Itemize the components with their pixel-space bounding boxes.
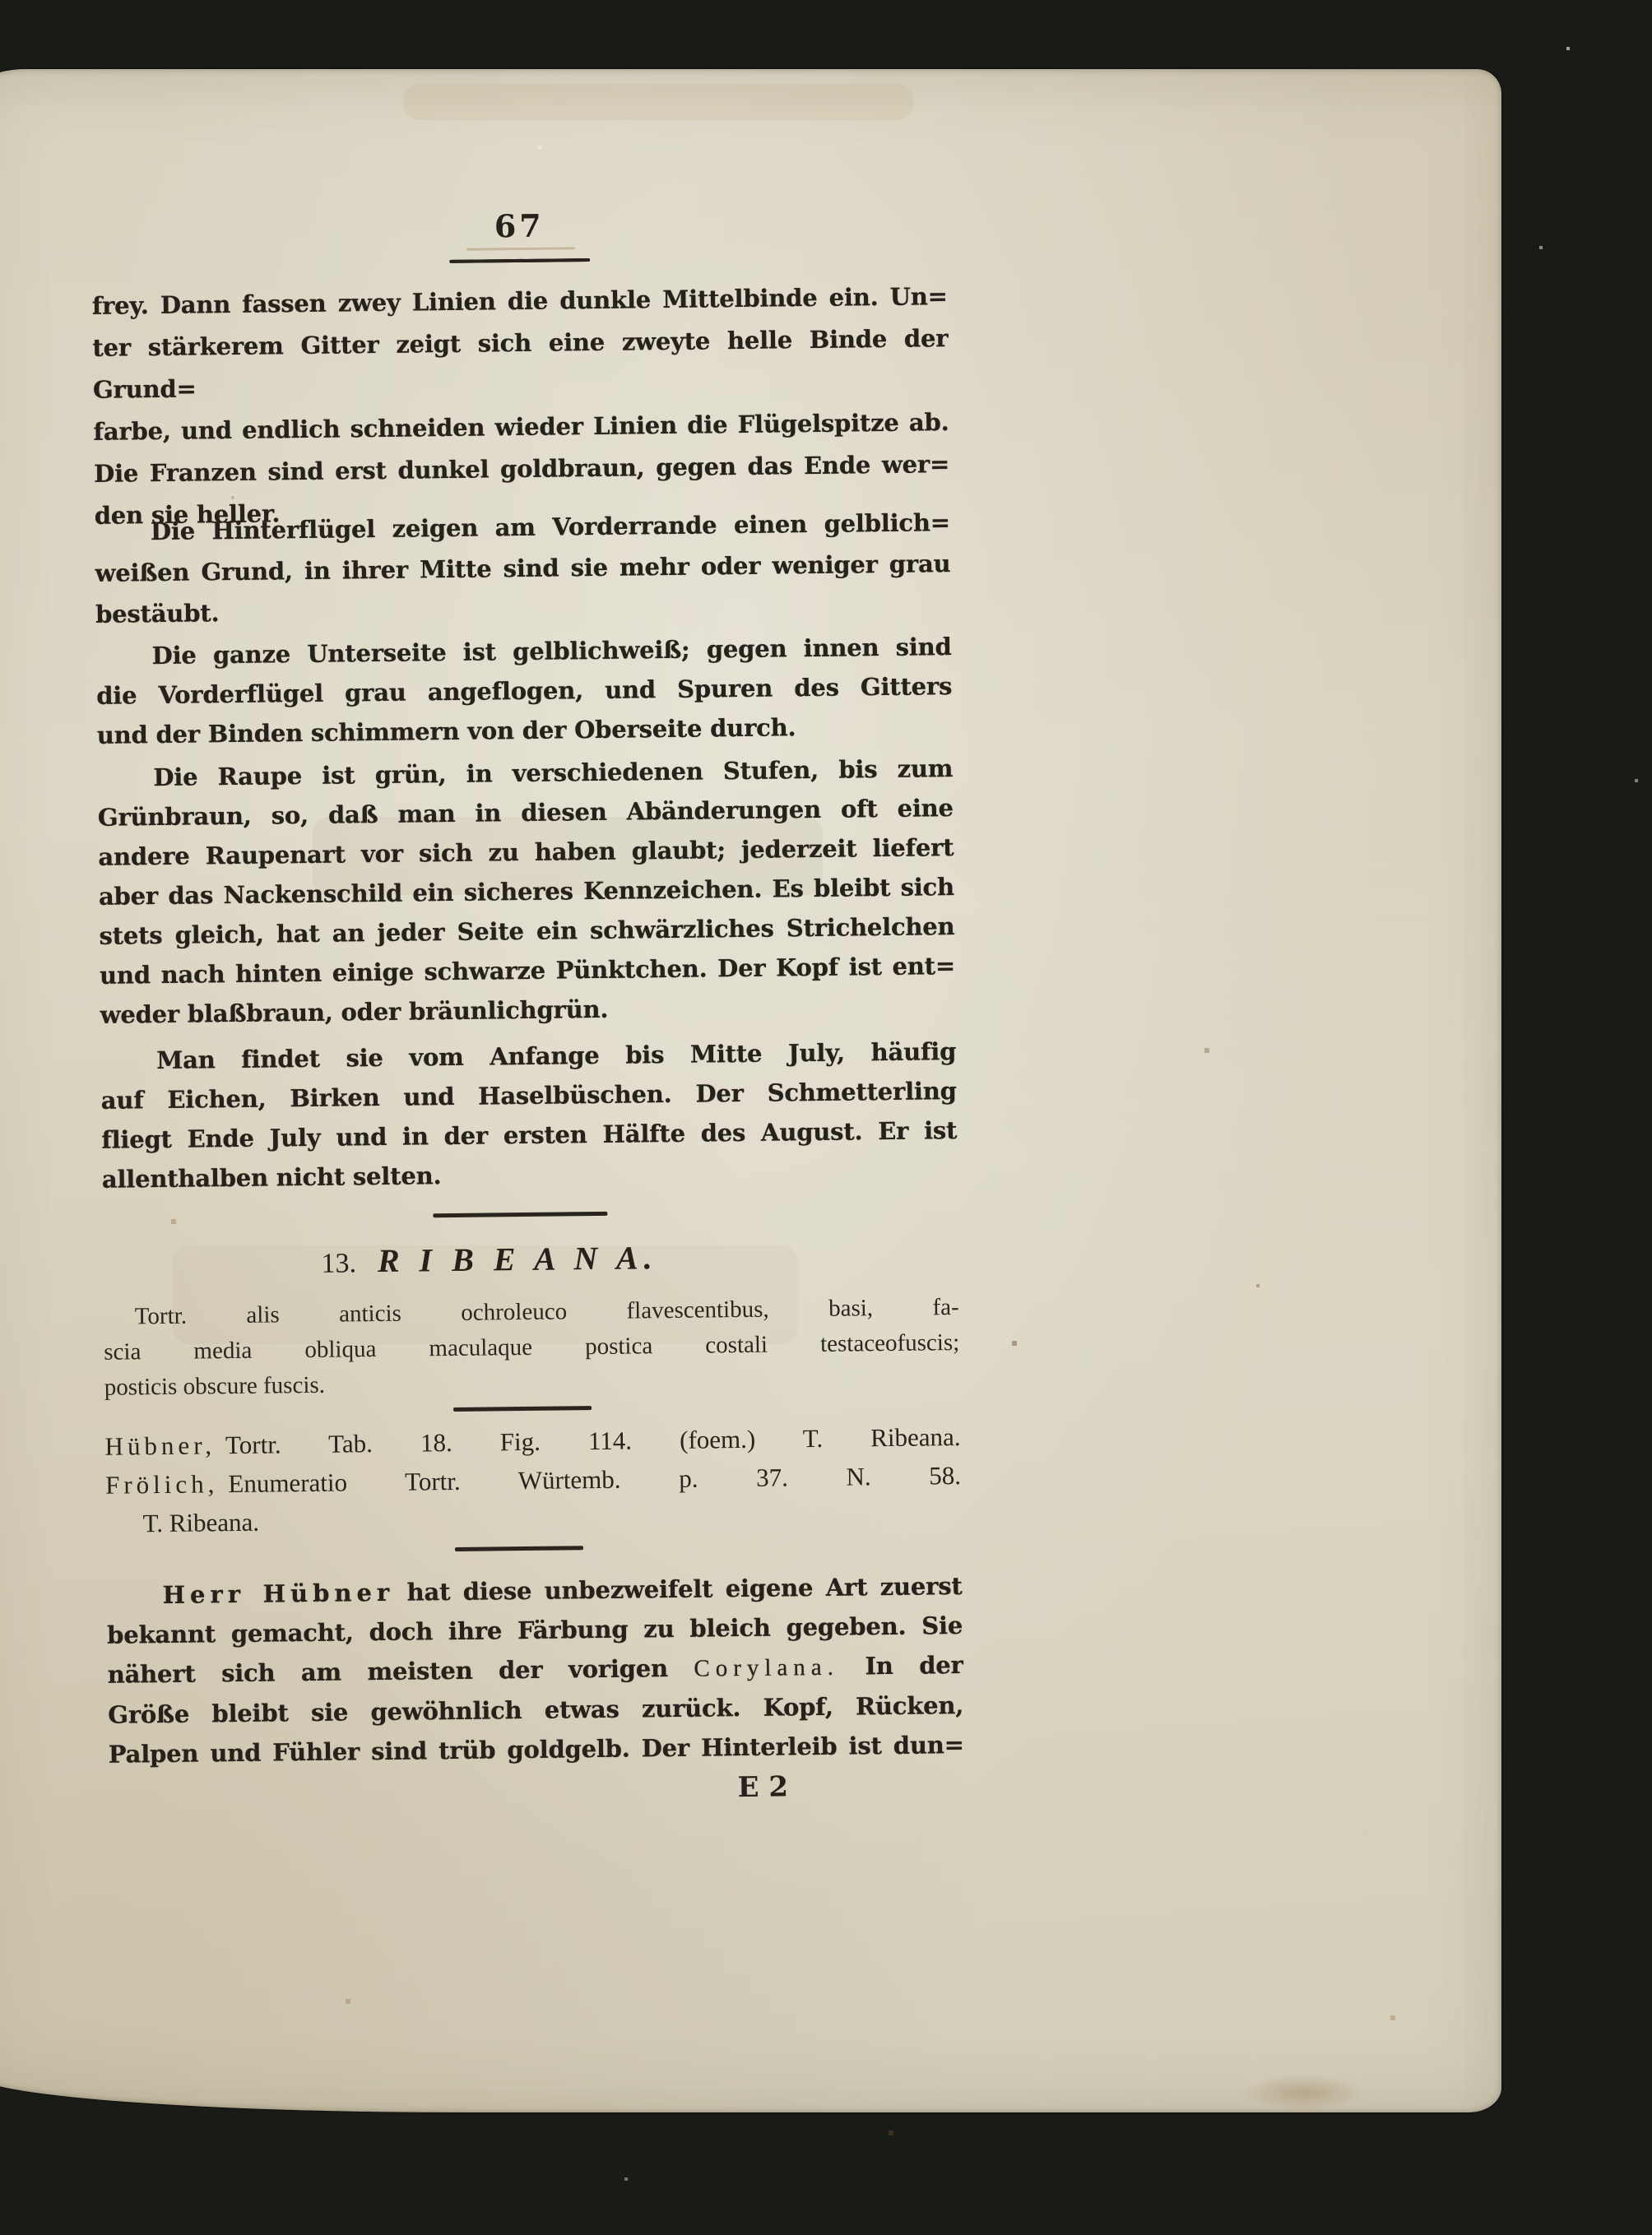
text-segment: In der xyxy=(839,1651,963,1681)
reference-author: Frölich, xyxy=(105,1469,219,1500)
reference-text: Tortr. Tab. 18. Fig. 114. (foem.) T. Rib… xyxy=(225,1422,961,1459)
book-page: 67 frey. Dann fassen zwey Linien die dun… xyxy=(0,69,1501,2112)
reference-author: Hübner, xyxy=(104,1430,216,1461)
text-segment: hat diese unbezweifelt eigene Art zuerst xyxy=(394,1572,963,1607)
printed-text-layer: 67 frey. Dann fassen zwey Linien die dun… xyxy=(0,58,1522,2118)
text-line: ter stärkerem Gitter zeigt sich eine zwe… xyxy=(92,318,949,411)
paragraph-4: Die Raupe ist grün, in verschiedenen Stu… xyxy=(97,749,956,1035)
signature-mark: E 2 xyxy=(684,1770,841,1805)
text-segment: Palpen und Fühler sind trüb goldgelb. De… xyxy=(109,1731,964,1769)
paragraph-1: frey. Dann fassen zwey Linien die dunkle… xyxy=(92,276,950,537)
reference-list: Hübner,Tortr. Tab. 18. Fig. 114. (foem.)… xyxy=(104,1417,962,1543)
heading-number: 13. xyxy=(321,1248,356,1278)
reference-text: T. Ribeana. xyxy=(142,1508,259,1538)
text-segment: nähert sich am meisten der vorigen xyxy=(108,1654,694,1689)
dust-specks xyxy=(0,0,2,2)
scan-background: { "content": { "page_number": "67", "par… xyxy=(0,0,1652,2235)
paragraph-5: Man findet sie vom Anfange bis Mitte Jul… xyxy=(100,1032,958,1199)
separator-rule-1 xyxy=(433,1212,607,1217)
text-block: frey. Dann fassen zwey Linien die dunkle… xyxy=(90,64,968,2048)
separator-rule-3 xyxy=(455,1546,583,1551)
reference-text: Enumeratio Tortr. Würtemb. p. 37. N. 58. xyxy=(228,1461,961,1498)
heading-title: R I B E A N A. xyxy=(378,1239,658,1279)
text-segment: bekannt gemacht, doch ihre Färbung zu bl… xyxy=(107,1611,963,1649)
spaced-species-name: Corylana. xyxy=(694,1654,839,1682)
paragraph-3: Die ganze Unterseite ist gelblichweiß; g… xyxy=(95,627,953,755)
latin-diagnosis: Tortr. alis anticis ochroleuco flavescen… xyxy=(104,1290,960,1406)
spaced-name: Herr Hübner xyxy=(162,1579,394,1609)
separator-rule-2 xyxy=(453,1406,592,1412)
paragraph-6: Herr Hübner hat diese unbezweifelt eigen… xyxy=(106,1566,964,1774)
text-segment: Größe bleibt sie gewöhnlich etwas zurück… xyxy=(108,1691,963,1729)
paragraph-2: Die Hinterflügel zeigen am Vorderrande e… xyxy=(95,502,952,635)
section-heading: 13.R I B E A N A. xyxy=(103,1236,959,1290)
